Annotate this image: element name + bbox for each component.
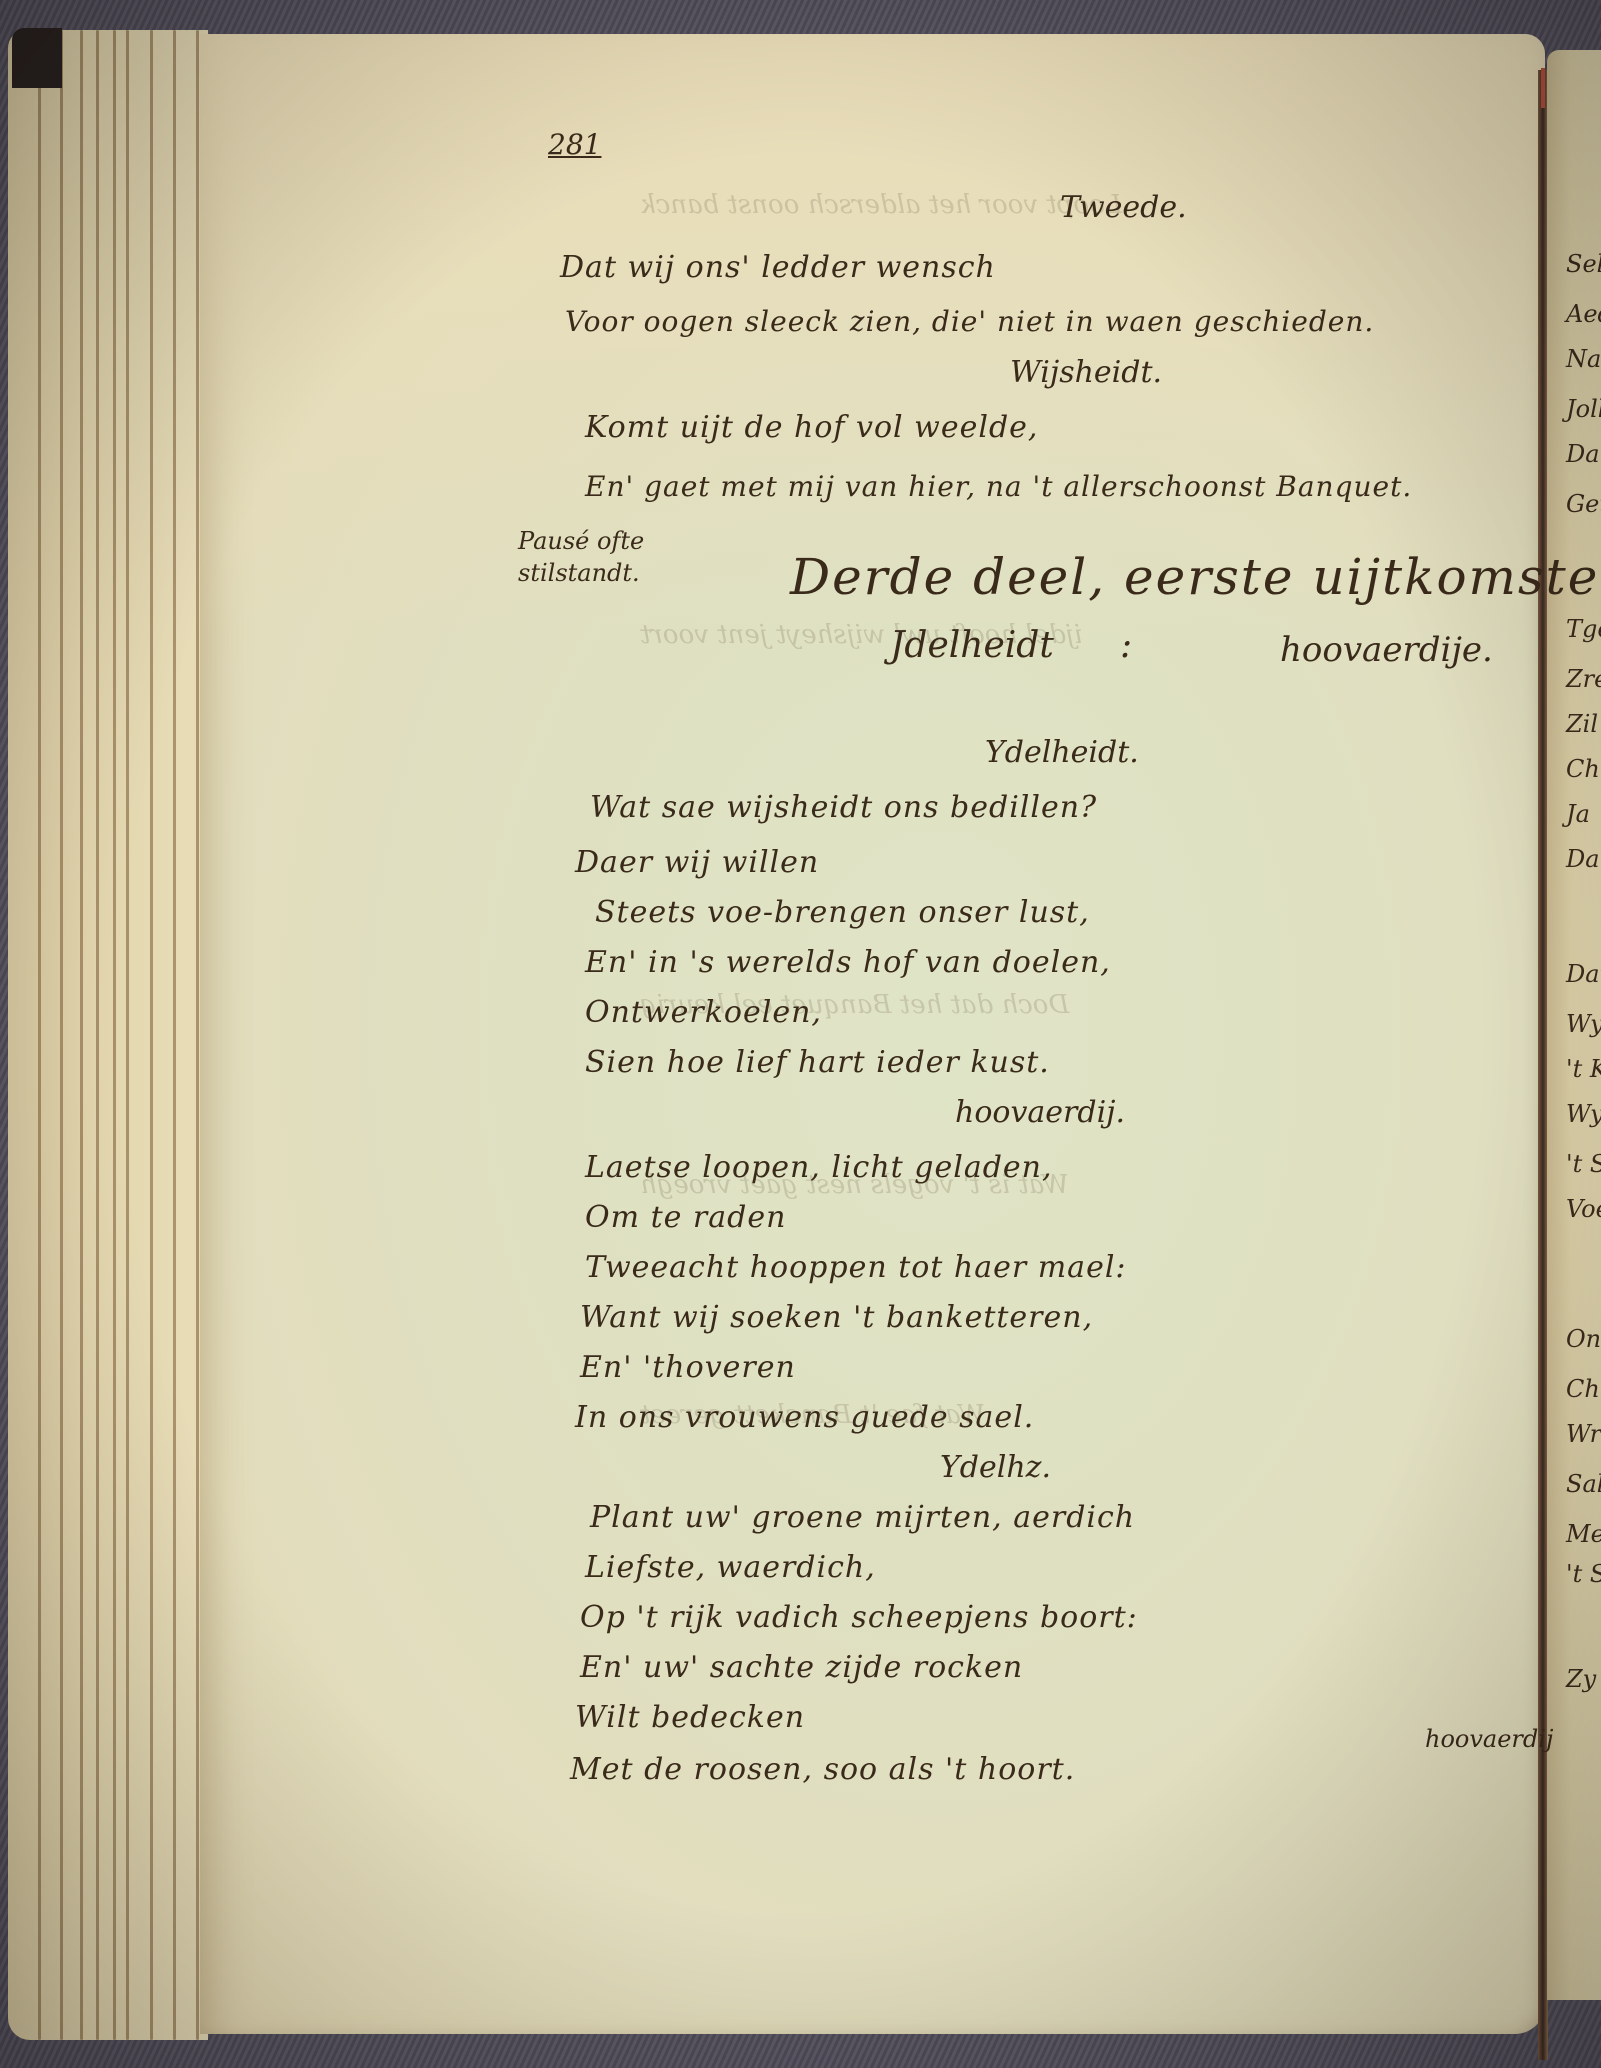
page-edge-line — [196, 30, 199, 2040]
speaker-label: Ydelhz. — [940, 1450, 1051, 1485]
facing-page-fragment: 't Ke — [1566, 1055, 1601, 1083]
page-number: 281 — [548, 128, 601, 161]
page-edge-line — [80, 30, 83, 2040]
verse-line: Dat wij ons' ledder wensch — [560, 250, 996, 285]
facing-page-fragment: Sal — [1566, 1470, 1601, 1498]
margin-note-line: stilstandt. — [518, 557, 718, 589]
verse-line: En' uw' sachte zijde rocken — [580, 1650, 1023, 1685]
facing-page-fragment: 't Sal — [1566, 1150, 1601, 1178]
section-heading: Derde deel, eerste uijtkomste. — [790, 548, 1601, 606]
facing-page-fragment: Tge — [1566, 615, 1601, 643]
speaker-label: Ydelheidt. — [985, 735, 1139, 770]
page-edge-line — [96, 30, 99, 2040]
facing-page-fragment: Dat — [1566, 960, 1601, 988]
verse-line: Op 't rijk vadich scheepjens boort: — [580, 1600, 1138, 1635]
bleed-through-text: Loopt voor het aldersch oonst banck — [640, 190, 1122, 220]
catchword: hoovaerdij — [1425, 1725, 1553, 1753]
verse-line: Ontwerkoelen, — [585, 995, 822, 1030]
character-name: Jdelheidt — [890, 625, 1054, 666]
page-edge-line — [173, 30, 176, 2040]
page-edge-line — [113, 30, 116, 2040]
facing-page-fragment: Sel — [1566, 250, 1601, 278]
verse-line: Sien hoe lief hart ieder kust. — [585, 1045, 1050, 1080]
facing-page-fragment: Get — [1566, 490, 1601, 518]
facing-page-fragment: Joll — [1566, 395, 1601, 423]
verse-line: En' in 's werelds hof van doelen, — [585, 945, 1111, 980]
verse-line: En' gaet met mij van hier, na 't allersc… — [585, 470, 1412, 503]
verse-line: Steets voe-brengen onser lust, — [595, 895, 1090, 930]
verse-line: Liefste, waerdich, — [585, 1550, 876, 1585]
verse-line: Komt uijt de hof vol weelde, — [585, 410, 1038, 445]
facing-page-fragment: Dan — [1566, 845, 1601, 873]
facing-page-fragment: Zy — [1566, 1665, 1596, 1693]
facing-page-fragment: Ch — [1566, 755, 1600, 783]
verse-line: Laetse loopen, licht geladen, — [585, 1150, 1053, 1185]
facing-page-fragment: Zil — [1566, 710, 1598, 738]
speaker-label: hoovaerdij. — [955, 1095, 1125, 1130]
verse-line: Met de roosen, soo als 't hoort. — [570, 1752, 1075, 1787]
verse-line: Tweeacht hooppen tot haer mael: — [585, 1250, 1127, 1285]
margin-note-line: Pausé ofte — [518, 525, 718, 557]
binding-corner — [12, 28, 62, 88]
speaker-label: Tweede. — [1060, 190, 1187, 225]
character-separator: : — [1120, 625, 1132, 666]
verse-line: Wilt bedecken — [575, 1700, 805, 1735]
verse-line: En' 'thoveren — [580, 1350, 796, 1385]
facing-page-fragment: Voe — [1566, 1195, 1601, 1223]
facing-page-fragment: Ja — [1566, 800, 1590, 828]
gutter-red-edge — [1541, 68, 1545, 108]
facing-page-fragment: Dan — [1566, 440, 1601, 468]
facing-page-fragment: Mee — [1566, 1520, 1601, 1548]
verse-line: Plant uw' groene mijrten, aerdich — [590, 1500, 1135, 1535]
speaker-label: Wijsheidt. — [1010, 355, 1162, 390]
verse-line: Voor oogen sleeck zien, die' niet in wae… — [565, 305, 1374, 338]
verse-line: In ons vrouwens guede sael. — [575, 1400, 1034, 1435]
page-edge-line — [38, 30, 41, 2040]
facing-page-fragment: Ons — [1566, 1325, 1601, 1353]
facing-page-fragment: Ch — [1566, 1375, 1600, 1403]
verse-line: Want wij soeken 't banketteren, — [580, 1300, 1093, 1335]
verse-line: Daer wij willen — [575, 845, 819, 880]
facing-page-fragment: Wy — [1566, 1010, 1601, 1038]
verse-line: Om te raden — [585, 1200, 786, 1235]
facing-page-fragment: Zre — [1566, 665, 1601, 693]
verse-line: Wat sae wijsheidt ons bedillen? — [590, 790, 1097, 825]
facing-page-fragment: Aede — [1566, 300, 1601, 328]
page-edge-line — [60, 30, 63, 2040]
facing-page-fragment: 't Sh — [1566, 1560, 1601, 1588]
character-name: hoovaerdije. — [1280, 630, 1493, 670]
margin-note: Pausé ofte stilstandt. — [518, 525, 718, 589]
facing-page-fragment: Wro — [1566, 1420, 1601, 1448]
facing-page-fragment: Nau — [1566, 345, 1601, 373]
page-stack-edges — [8, 30, 208, 2040]
page-edge-line — [150, 30, 153, 2040]
facing-page-fragment: Wy — [1566, 1100, 1601, 1128]
page-edge-line — [126, 30, 129, 2040]
